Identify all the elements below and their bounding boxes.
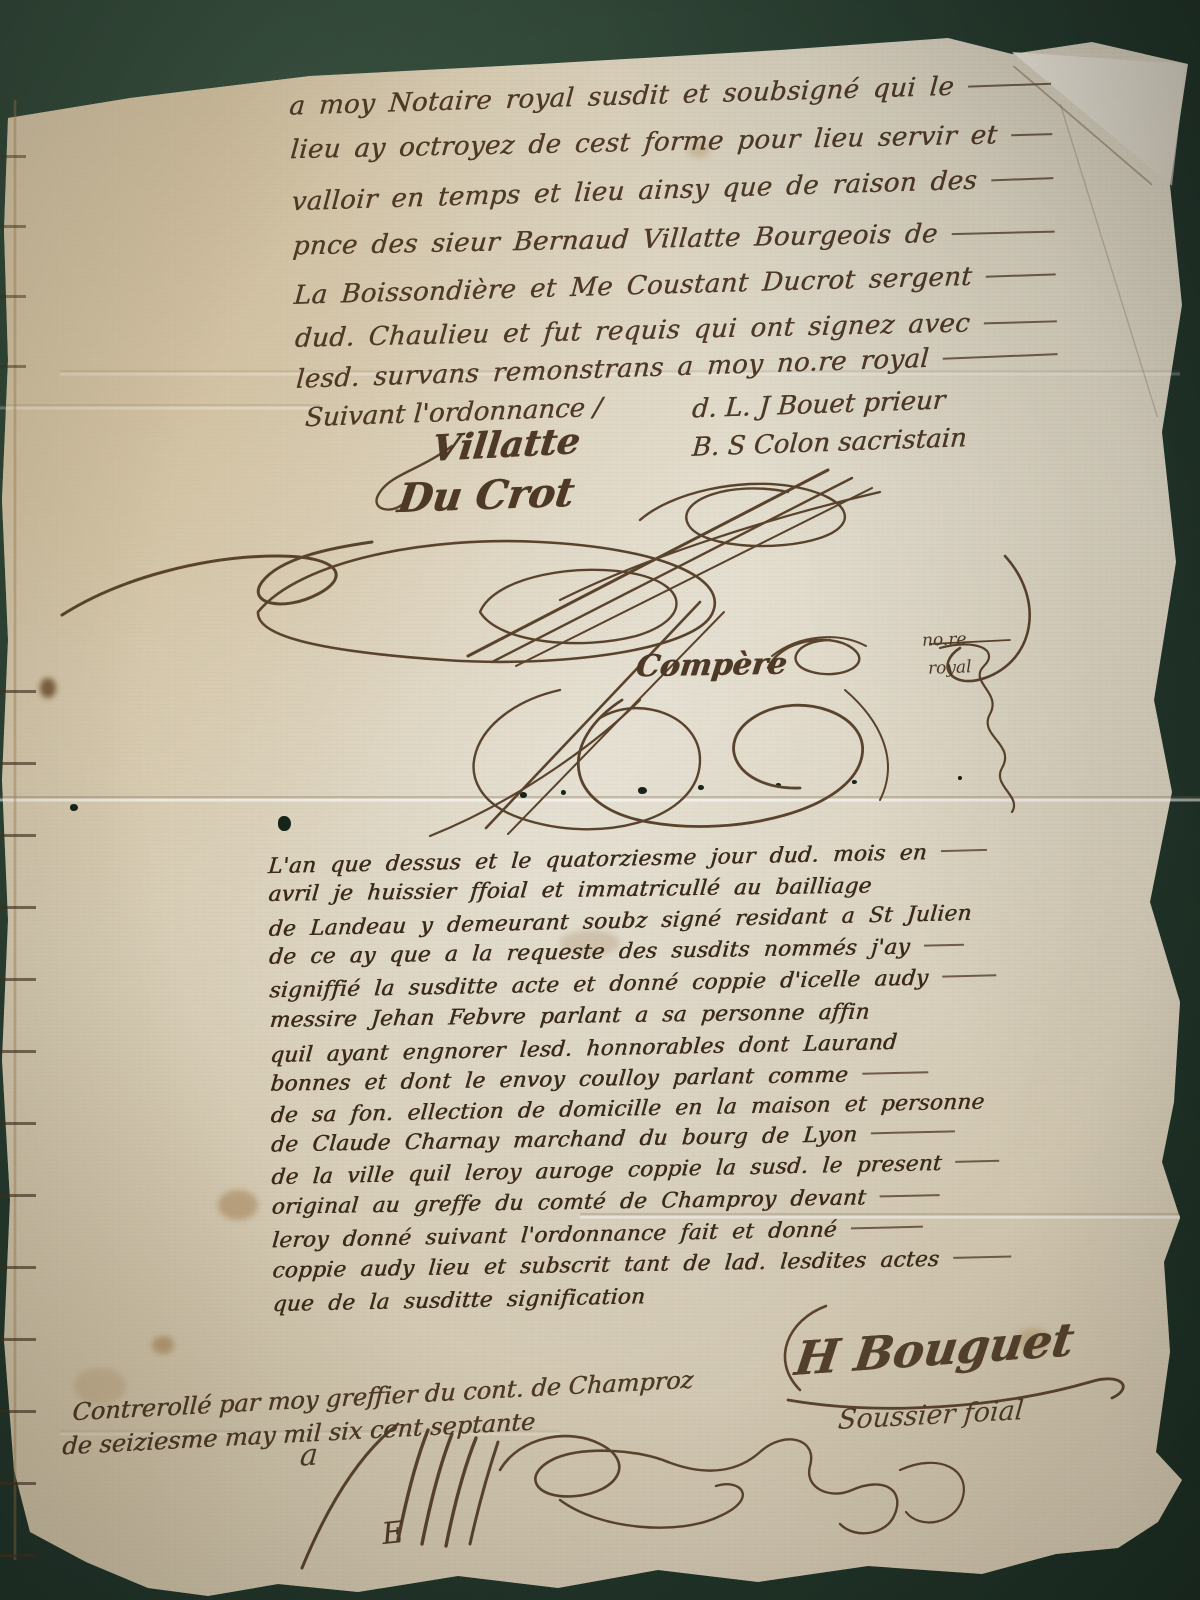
line-text: original au greffe du comté de Champroy … [271, 1185, 868, 1219]
line-filler-rule [871, 1130, 955, 1134]
line-filler-rule [956, 1160, 1000, 1163]
photo-stage: a moy Notaire royal susdit et soubsigné … [0, 0, 1200, 1600]
line-filler-rule [924, 944, 964, 947]
body-bottom-block: L'an que dessus et le quatorziesme jour … [0, 0, 1200, 1326]
line-filler-rule [862, 1071, 928, 1074]
line-filler-rule [941, 849, 987, 852]
line-text: leroy donné suivant l'ordonnance fait et… [271, 1217, 838, 1253]
greffier-initial: E [380, 1515, 405, 1552]
line-text: signiffié la susditte acte et donné copp… [268, 966, 929, 1004]
line-text: de Claude Charnay marchand du bourg de L… [270, 1122, 858, 1157]
line-text: quil ayant engnorer lesd. honnorables do… [269, 1030, 898, 1068]
line-filler-rule [953, 1255, 1011, 1258]
line-text: de la ville quil leroy auroge coppie la … [270, 1151, 942, 1190]
line-text: bonnes et dont le envoy coulloy parlant … [269, 1063, 849, 1097]
line-filler-rule [942, 974, 996, 977]
line-text: que de la susditte signification [272, 1284, 646, 1317]
line-filler-rule [851, 1226, 923, 1230]
line-text: de ce ay que a la requeste des susdits n… [268, 935, 911, 970]
line-text: coppie audy lieu et subscrit tant de lad… [271, 1247, 940, 1284]
controle-prefix-a: a [299, 1437, 319, 1474]
line-text: messire Jehan Febvre parlant a sa person… [269, 1000, 871, 1033]
line-text: avril je huissier ffoial et immatricullé… [267, 874, 872, 907]
line-filler-rule [880, 1194, 940, 1197]
